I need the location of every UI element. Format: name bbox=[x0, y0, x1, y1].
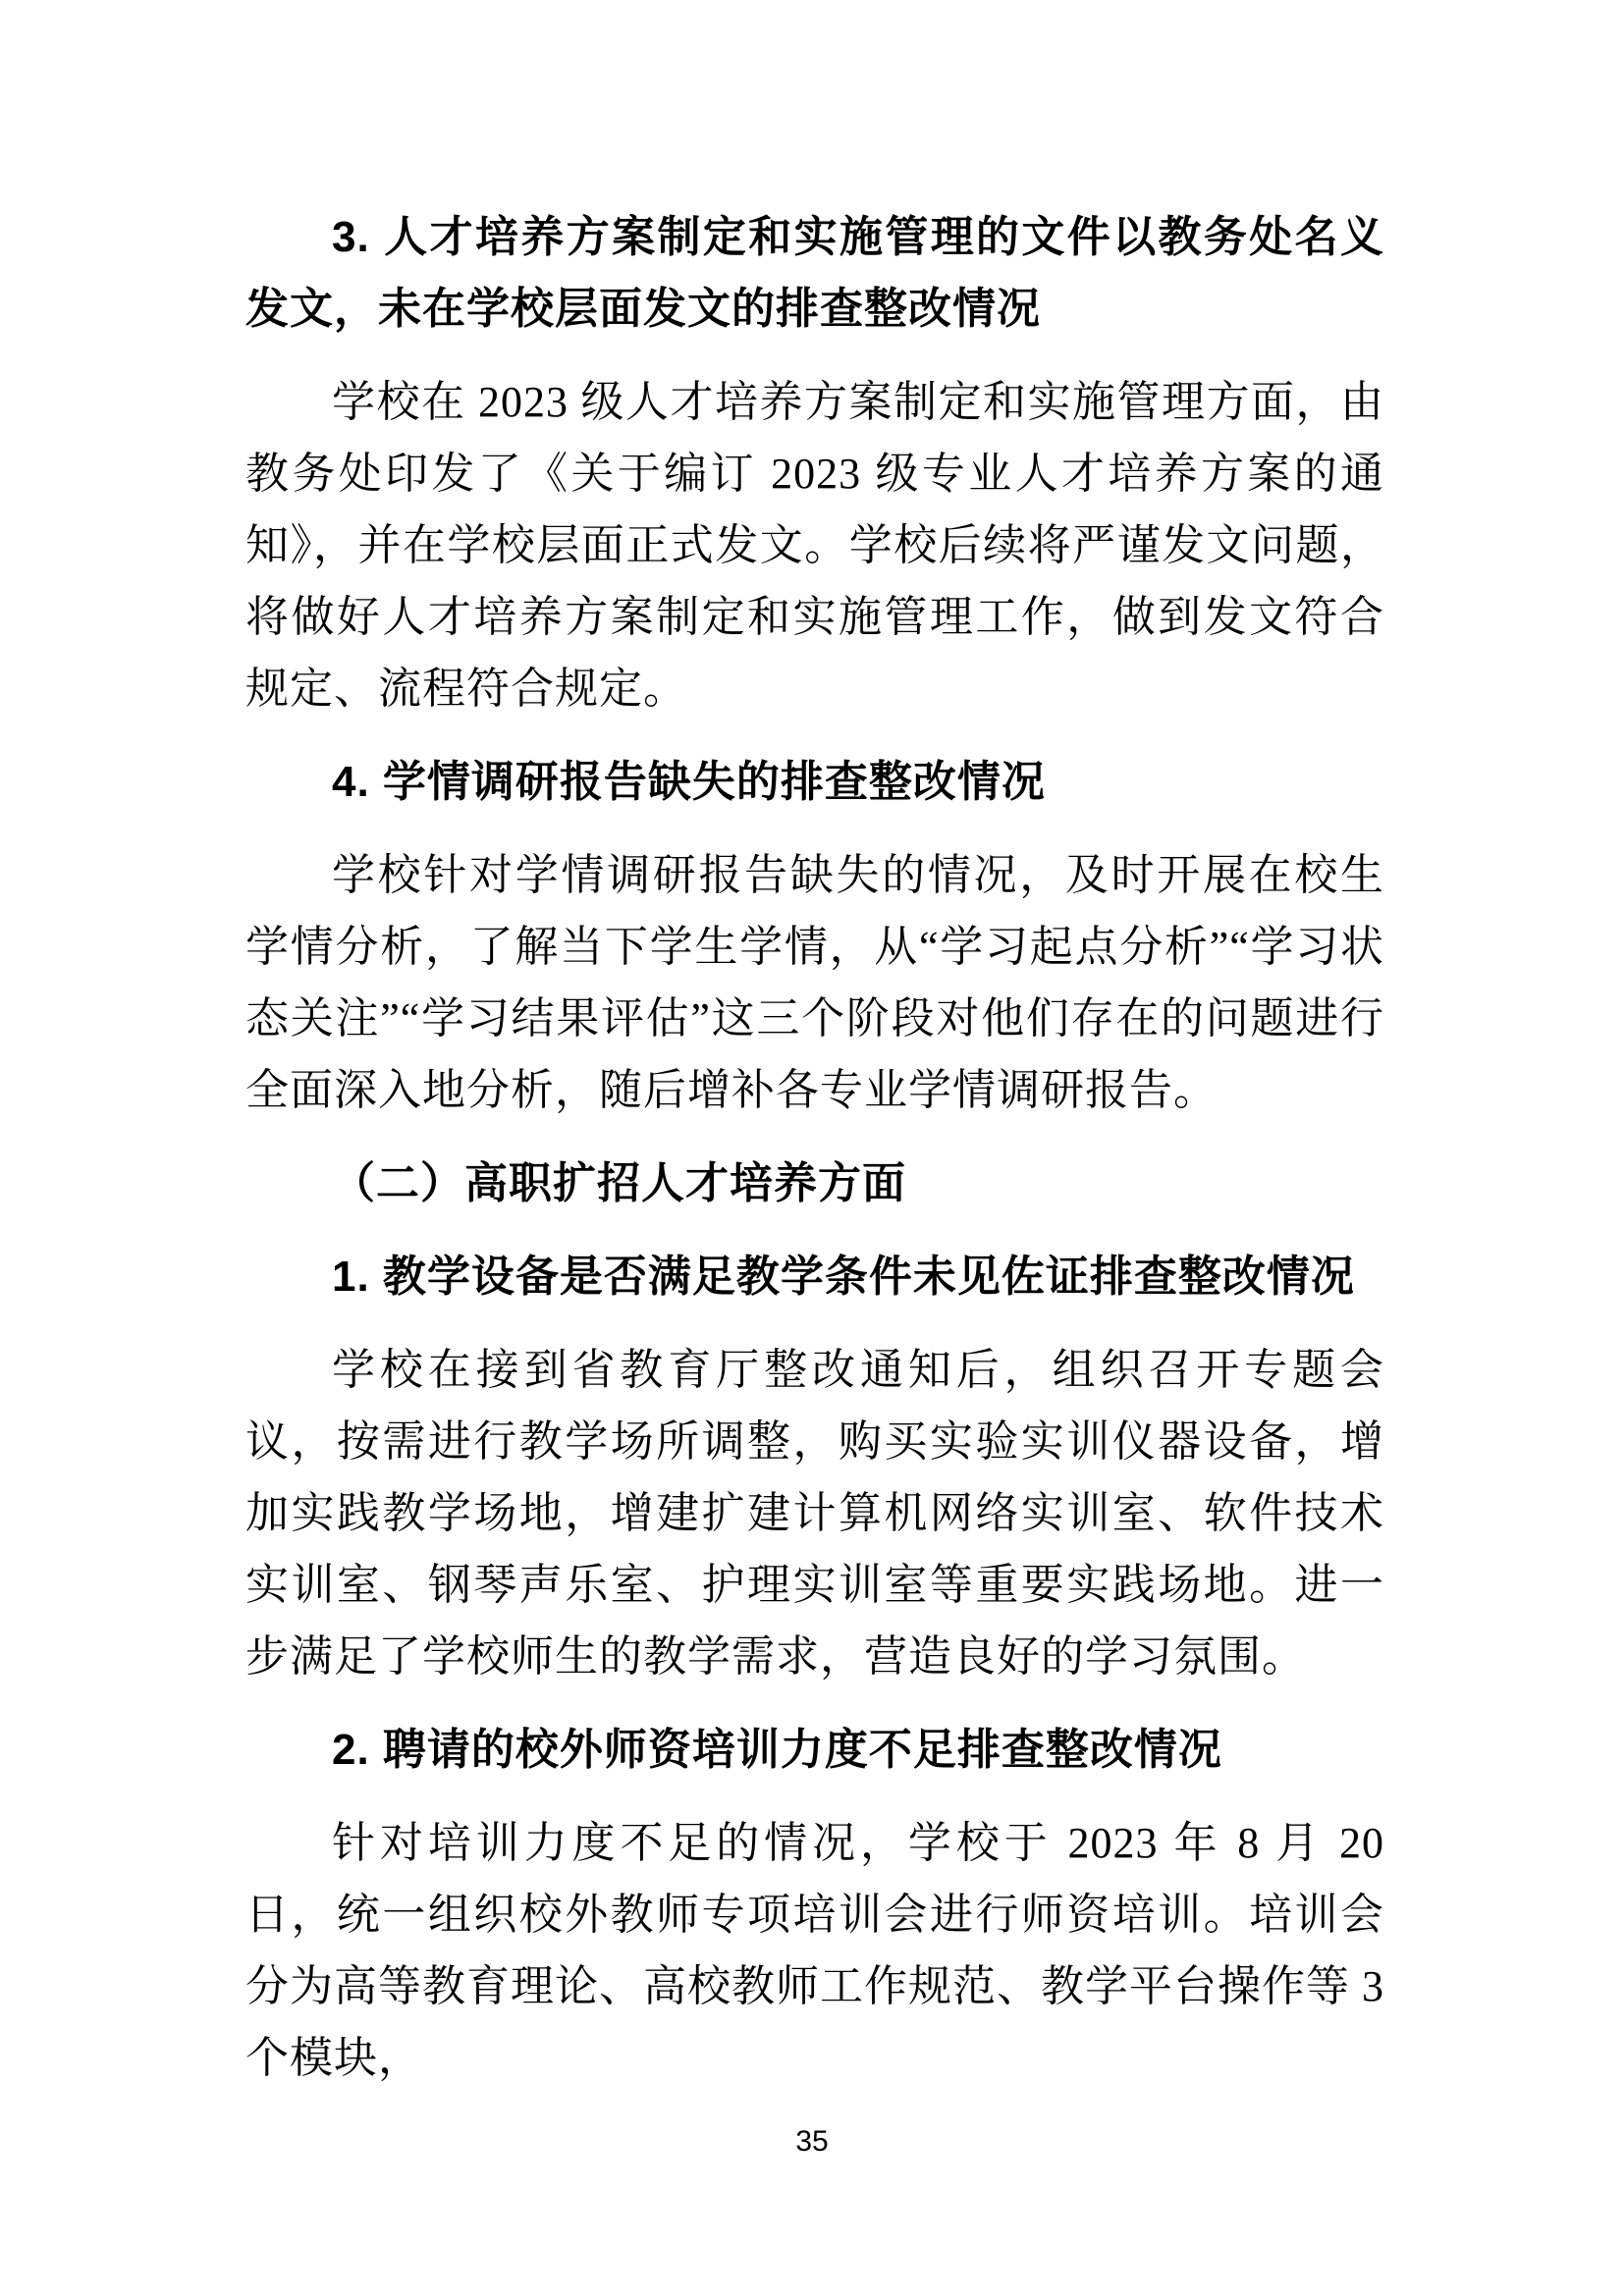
section-heading: 1. 教学设备是否满足教学条件未见佐证排查整改情况 bbox=[245, 1241, 1384, 1312]
page-number: 35 bbox=[795, 2125, 828, 2158]
page-footer: 35 bbox=[0, 2125, 1624, 2159]
section-heading: 4. 学情调研报告缺失的排查整改情况 bbox=[245, 746, 1384, 818]
section-heading: 3. 人才培养方案制定和实施管理的文件以教务处名义发文，未在学校层面发文的排查整… bbox=[245, 201, 1384, 345]
section-heading: 2. 聘请的校外师资培训力度不足排查整改情况 bbox=[245, 1714, 1384, 1786]
body-paragraph: 针对培训力度不足的情况，学校于 2023 年 8 月 20 日，统一组织校外教师… bbox=[245, 1807, 1384, 2094]
body-paragraph: 学校在 2023 级人才培养方案制定和实施管理方面，由教务处印发了《关于编订 2… bbox=[245, 366, 1384, 724]
body-paragraph: 学校在接到省教育厅整改通知后，组织召开专题会议，按需进行教学场所调整，购买实验实… bbox=[245, 1334, 1384, 1692]
document-page: 3. 人才培养方案制定和实施管理的文件以教务处名义发文，未在学校层面发文的排查整… bbox=[0, 0, 1624, 2296]
document-body: 3. 人才培养方案制定和实施管理的文件以教务处名义发文，未在学校层面发文的排查整… bbox=[245, 201, 1384, 2094]
section-heading: （二）高职扩招人才培养方面 bbox=[245, 1148, 1384, 1219]
body-paragraph: 学校针对学情调研报告缺失的情况，及时开展在校生学情分析，了解当下学生学情，从“学… bbox=[245, 839, 1384, 1126]
